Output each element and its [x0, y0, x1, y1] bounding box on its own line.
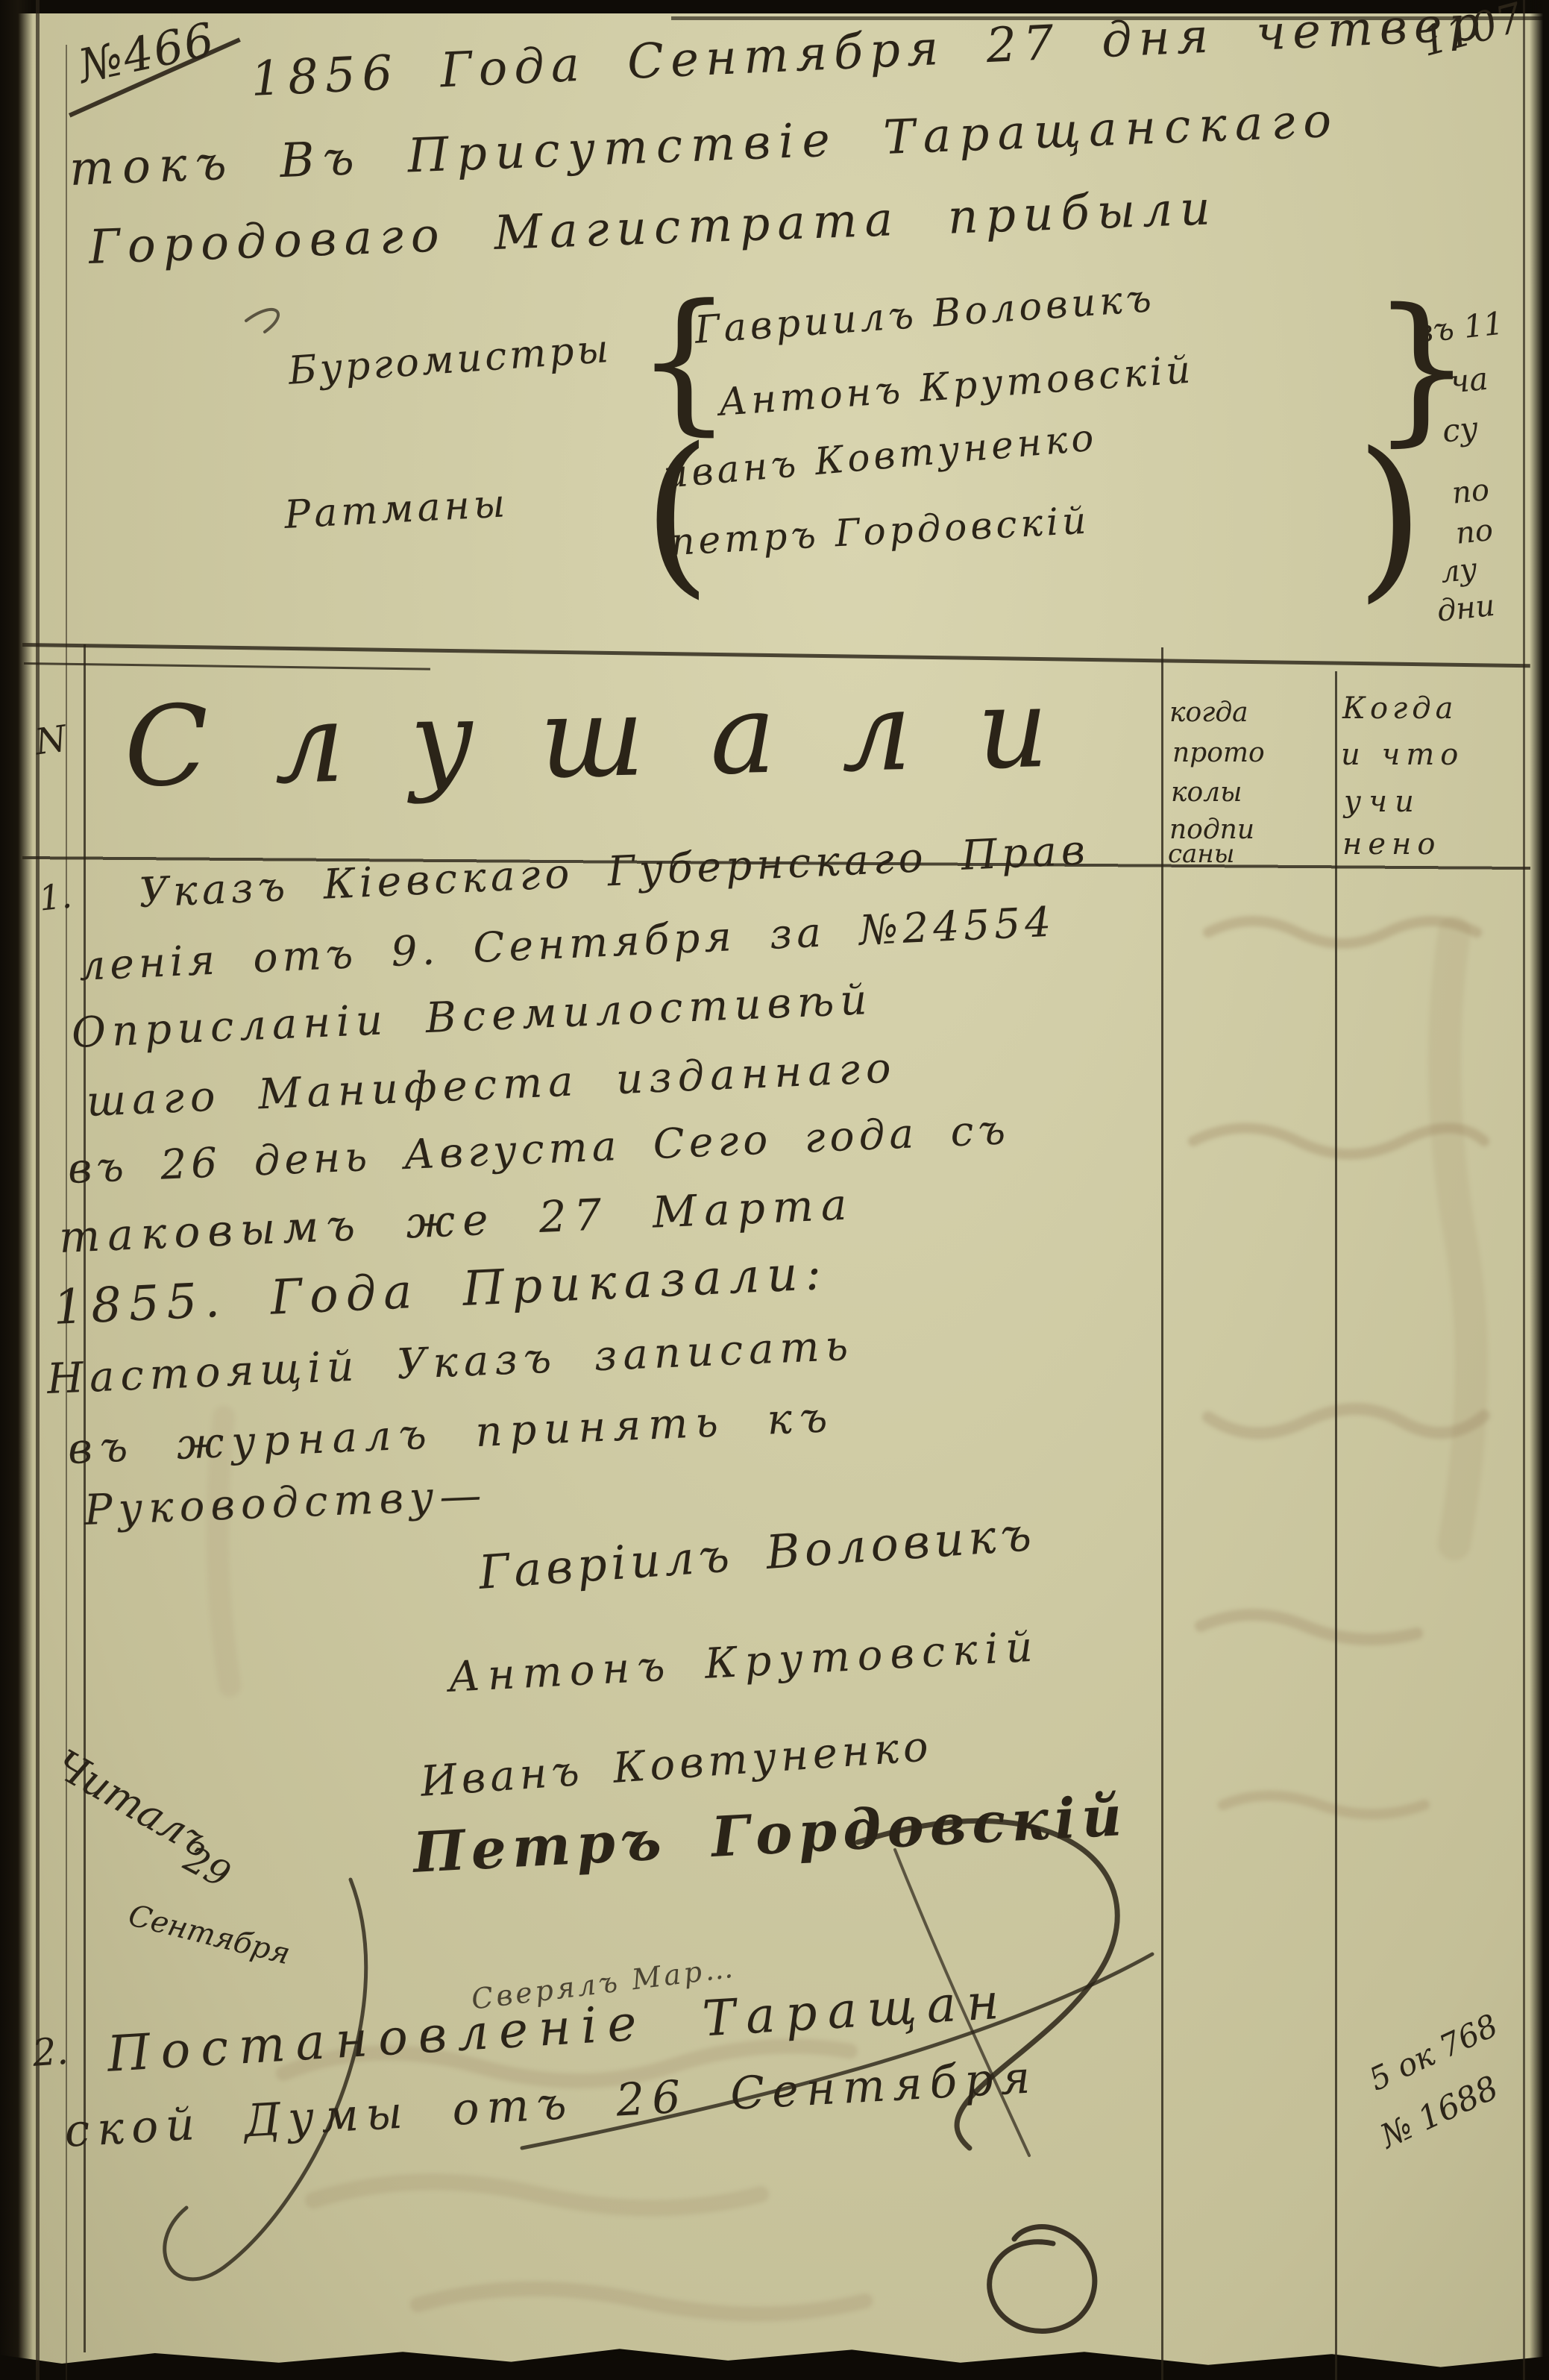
heading-line-2: токъ Въ Присутствіе Таращанскаго	[69, 97, 1340, 192]
burgomaster-name-2: Антонъ Крутовскій	[717, 351, 1195, 421]
when-signed-header-3: колы	[1171, 779, 1242, 806]
heard-column-title: Слушали	[123, 671, 1115, 803]
paraph-circle	[990, 2227, 1095, 2332]
manuscript-page: №466 1107 1856 Года Сентября 27 дня четв…	[0, 0, 1549, 2380]
ratman-name-2: петръ Гордовскій	[670, 502, 1090, 561]
left-border-rule	[36, 0, 40, 2380]
heading-line-1: 1856 Года Сентября 27 дня четвер	[250, 0, 1487, 104]
time-note-1: въ 11	[1413, 308, 1505, 348]
time-note-7: дни	[1436, 591, 1496, 627]
time-note-4: по	[1451, 475, 1491, 509]
burgomasters-label: Бургомистры	[287, 330, 613, 391]
ratmans-brace-close: )	[1356, 439, 1424, 597]
when-done-header-2: и что	[1341, 740, 1464, 770]
item-1-line-4: шаго Манифеста изданнаго	[86, 1047, 898, 1123]
item-1-line-9: въ журналъ принять къ	[67, 1397, 835, 1471]
time-note-6: лу	[1439, 554, 1479, 588]
when-signed-header-2: прото	[1172, 740, 1265, 767]
no-column-header: N	[33, 720, 69, 760]
when-done-header-1: Когда	[1342, 694, 1457, 723]
margin-note-month: Сентября	[125, 1900, 293, 1969]
item-1-line-2: ленія отъ 9. Сентября за №24554	[78, 902, 1056, 987]
time-note-3: су	[1441, 412, 1480, 448]
heading-line-3: Городоваго Магистрата прибыли	[88, 184, 1219, 271]
burgomaster-name-1: Гавриилъ Воловикъ	[694, 280, 1156, 350]
right-border-rule	[1523, 0, 1525, 2380]
signature-gordovsky: Петръ Гордовскій	[412, 1789, 1129, 1881]
time-note-5: по	[1454, 515, 1495, 549]
item-1-line-7: 1855. Года Приказали:	[52, 1249, 829, 1332]
item-1-line-8: Настоящій Указъ записать	[46, 1325, 855, 1401]
left-gutter	[0, 0, 33, 2380]
item-1-line-10: Руководству—	[84, 1475, 488, 1532]
right-edge	[1530, 0, 1549, 2380]
item-1-line-5: въ 26 день Августа Сего года съ	[67, 1109, 1011, 1190]
when-signed-header-5: саны	[1168, 841, 1234, 867]
column-rule-2	[1335, 671, 1337, 2380]
item-1-number: 1.	[37, 878, 73, 915]
when-done-header-4: нено	[1342, 829, 1441, 859]
table-top-rule	[22, 643, 1530, 668]
item-1-line-1: Указъ Кіевскаго Губернскаго Прав	[138, 829, 1090, 914]
when-signed-header-1: когда	[1169, 700, 1248, 726]
time-note-2: ча	[1448, 363, 1489, 398]
item-1-line-6: таковымъ же 27 Марта	[58, 1182, 855, 1259]
item-2-number: 2.	[31, 2032, 69, 2072]
ratmans-label: Ратманы	[283, 484, 509, 535]
item-1-line-3: Оприсланіи Всемилостивѣй	[71, 979, 873, 1055]
bottom-torn-edge	[0, 2337, 1549, 2380]
signature-volovik: Гавріилъ Воловикъ	[477, 1511, 1037, 1596]
column-rule-1	[1161, 647, 1163, 2380]
signature-kovtunenko: Иванъ Ковтуненко	[419, 1726, 934, 1803]
when-done-header-3: учи	[1344, 787, 1421, 817]
signature-krutovsky: Антонъ Крутовскій	[447, 1626, 1041, 1698]
